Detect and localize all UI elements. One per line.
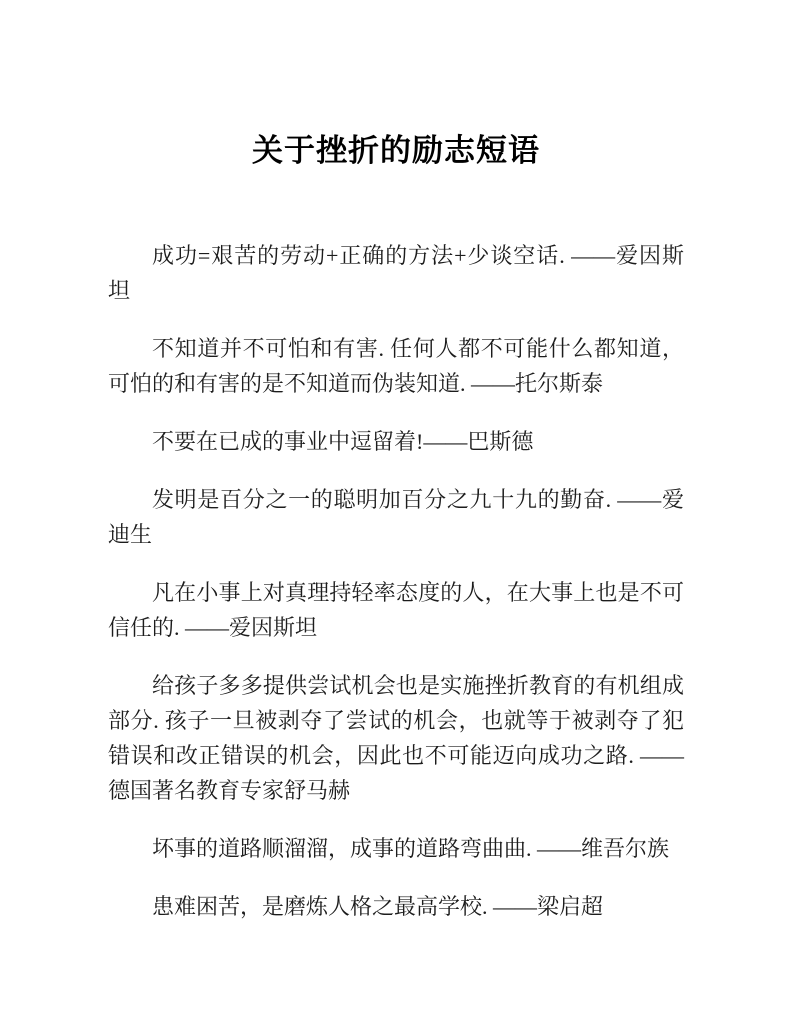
paragraph: 不知道并不可怕和有害. 任何人都不可能什么都知道，可怕的和有害的是不知道而伪装知… [108,331,684,401]
paragraph: 不要在已成的事业中逗留着!——巴斯德 [108,424,684,459]
document-title: 关于挫折的励志短语 [108,131,684,171]
paragraph: 给孩子多多提供尝试机会也是实施挫折教育的有机组成部分. 孩子一旦被剥夺了尝试的机… [108,668,684,808]
paragraph: 凡在小事上对真理持轻率态度的人，在大事上也是不可信任的. ——爱因斯坦 [108,575,684,645]
paragraph: 发明是百分之一的聪明加百分之九十九的勤奋. ——爱迪生 [108,482,684,552]
document-page: 关于挫折的励志短语 成功=艰苦的劳动+正确的方法+少谈空话. ——爱因斯坦 不知… [0,0,792,1025]
paragraph: 坏事的道路顺溜溜，成事的道路弯曲曲. ——维吾尔族 [108,831,684,866]
document-body: 成功=艰苦的劳动+正确的方法+少谈空话. ——爱因斯坦 不知道并不可怕和有害. … [108,238,684,924]
paragraph: 成功=艰苦的劳动+正确的方法+少谈空话. ——爱因斯坦 [108,238,684,308]
paragraph: 患难困苦，是磨炼人格之最高学校. ——梁启超 [108,889,684,924]
